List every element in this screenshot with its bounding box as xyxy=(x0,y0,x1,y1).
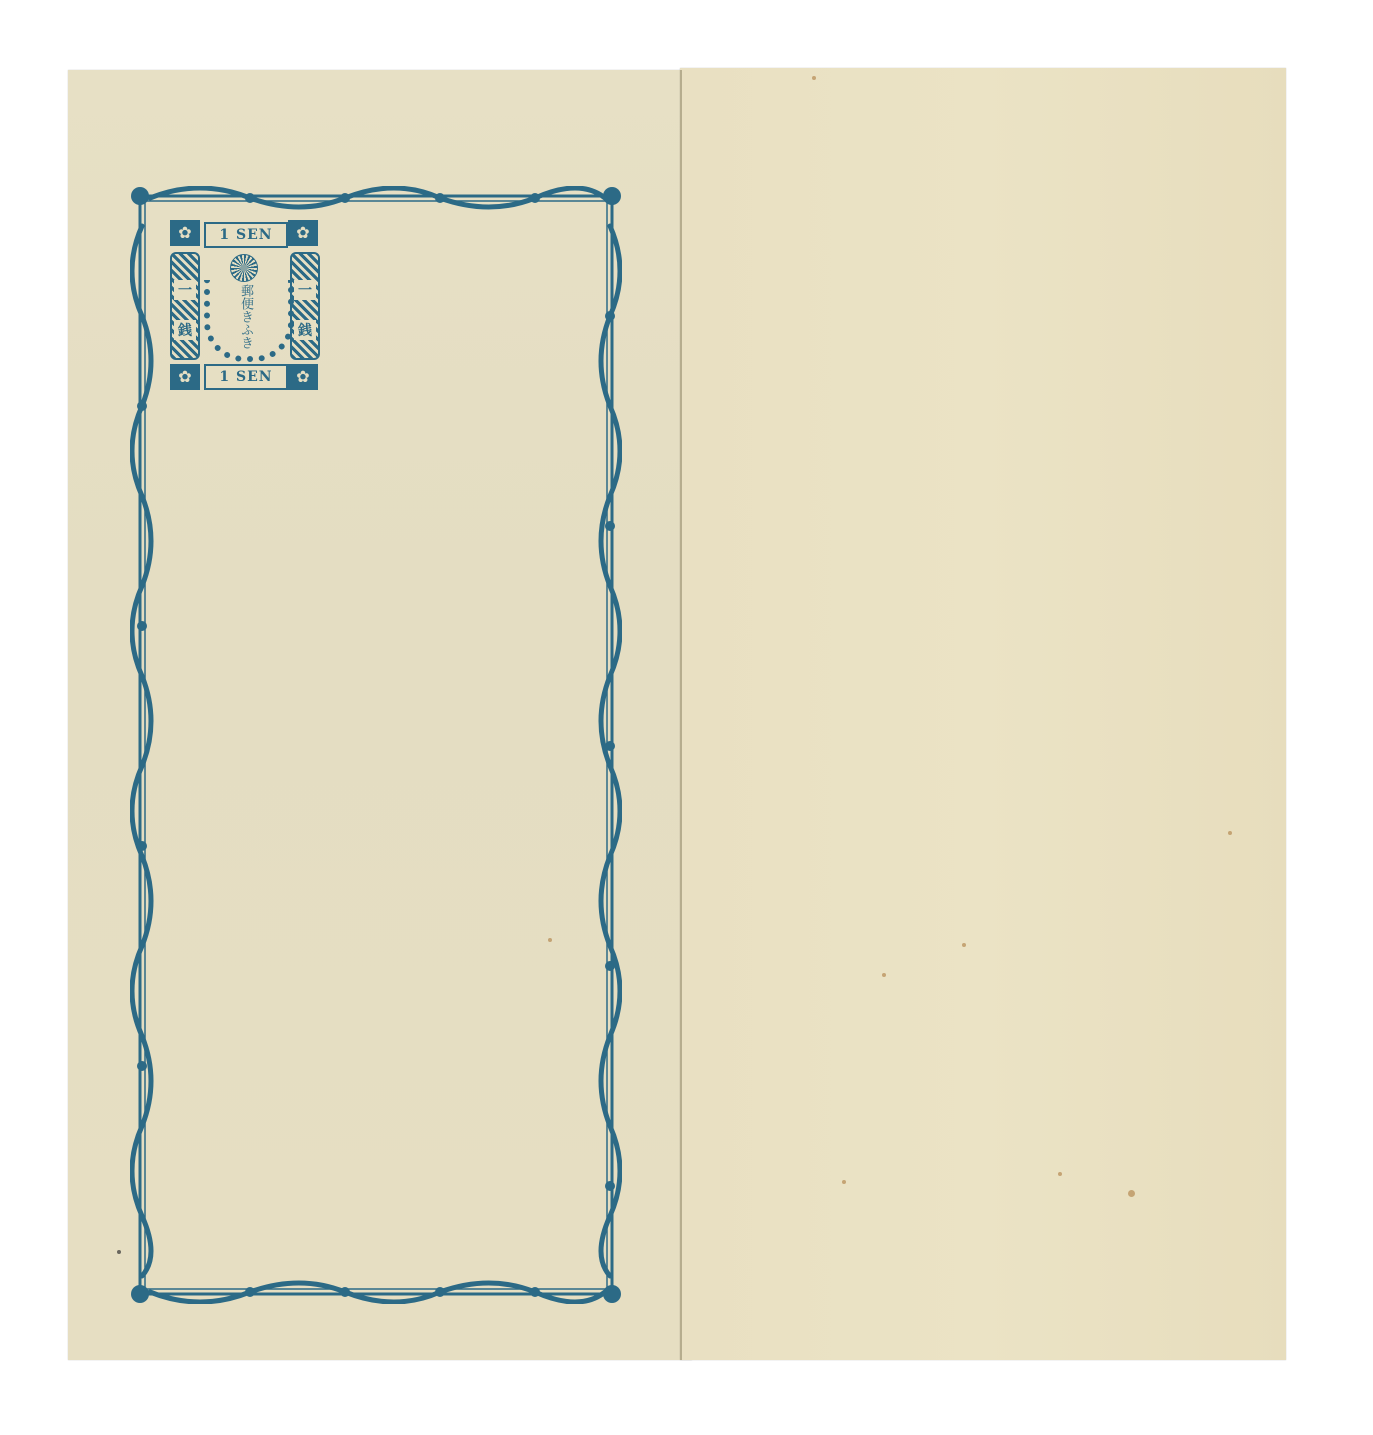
paper-speck xyxy=(812,76,816,80)
paper-speck xyxy=(842,1180,846,1184)
paper-speck xyxy=(1128,1190,1135,1197)
stamp-currency-char: 銭 xyxy=(294,320,316,340)
chrysanthemum-icon xyxy=(230,254,258,282)
paper-speck xyxy=(882,973,886,977)
stamp-side-panel-right: 一 銭 xyxy=(290,252,320,360)
imprinted-stamp: ✿ ✿ ✿ ✿ 1 SEN 1 SEN 一 銭 一 銭 郵便きふき xyxy=(168,218,318,392)
paper-speck xyxy=(962,943,966,947)
stamp-side-panel-left: 一 銭 xyxy=(170,252,200,360)
paper-speck xyxy=(1058,1172,1062,1176)
flower-icon: ✿ xyxy=(288,220,318,246)
fold-line xyxy=(680,70,682,1360)
paper-speck xyxy=(548,938,552,942)
right-panel xyxy=(680,68,1286,1360)
paper-speck xyxy=(117,1250,121,1254)
paper-speck xyxy=(1228,831,1232,835)
stamp-currency-char: 銭 xyxy=(174,320,196,340)
stamp-center: 郵便きふき xyxy=(200,250,288,360)
flower-icon: ✿ xyxy=(170,220,200,246)
stamp-denomination-char: 一 xyxy=(294,280,316,300)
stamp-center-text: 郵便きふき xyxy=(236,284,252,349)
stamp-value-top: 1 SEN xyxy=(204,222,288,248)
stamp-value-bottom: 1 SEN xyxy=(204,364,288,390)
flower-icon: ✿ xyxy=(170,364,200,390)
stamp-denomination-char: 一 xyxy=(174,280,196,300)
flower-icon: ✿ xyxy=(288,364,318,390)
